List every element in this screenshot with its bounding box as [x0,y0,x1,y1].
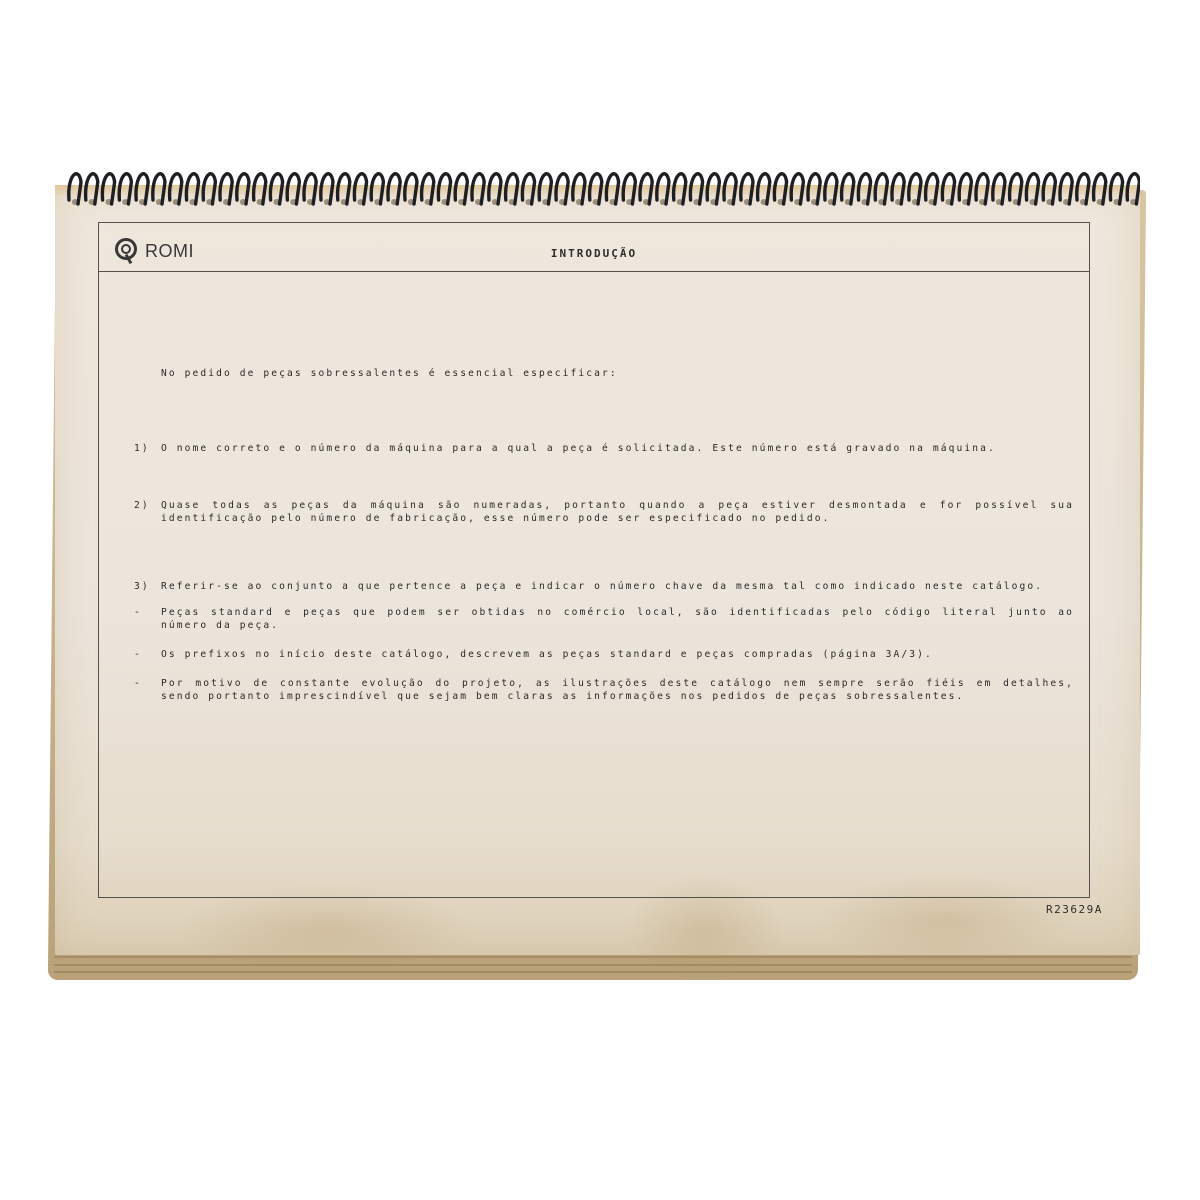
item-text: Referir-se ao conjunto a que pertence a … [161,580,1074,593]
item-marker: 2) [134,499,161,525]
intro-text: No pedido de peças sobressalentes é esse… [161,367,1074,380]
item-text: Por motivo de constante evolução do proj… [161,677,1074,703]
bullet-item-2: - Os prefixos no início deste catálogo, … [134,648,1074,661]
page-header: ROMI INTRODUÇÃO [99,223,1089,272]
page-edge-line [54,964,1132,966]
item-marker: 3) [134,580,161,593]
item-text: Os prefixos no início deste catálogo, de… [161,648,1074,661]
item-text: O nome correto e o número da máquina par… [161,442,1074,455]
document-body: No pedido de peças sobressalentes é esse… [134,367,1074,703]
page-edge-line [54,971,1132,973]
spiral-binding-icon [60,160,1140,210]
item-marker: - [134,606,161,632]
item-text: Quase todas as peças da máquina são nume… [161,499,1074,525]
page-title: INTRODUÇÃO [99,247,1089,260]
item-marker: 1) [134,442,161,455]
item-text: Peças standard e peças que podem ser obt… [161,606,1074,632]
numbered-item-1: 1) O nome correto e o número da máquina … [134,442,1074,455]
numbered-item-2: 2) Quase todas as peças da máquina são n… [134,499,1074,525]
numbered-item-3: 3) Referir-se ao conjunto a que pertence… [134,580,1074,593]
item-marker: - [134,648,161,661]
item-marker: - [134,677,161,703]
document-code: R23629A [1046,903,1103,916]
paper-stain [175,885,475,975]
bullet-item-1: - Peças standard e peças que podem ser o… [134,606,1074,632]
bullet-item-3: - Por motivo de constante evolução do pr… [134,677,1074,703]
